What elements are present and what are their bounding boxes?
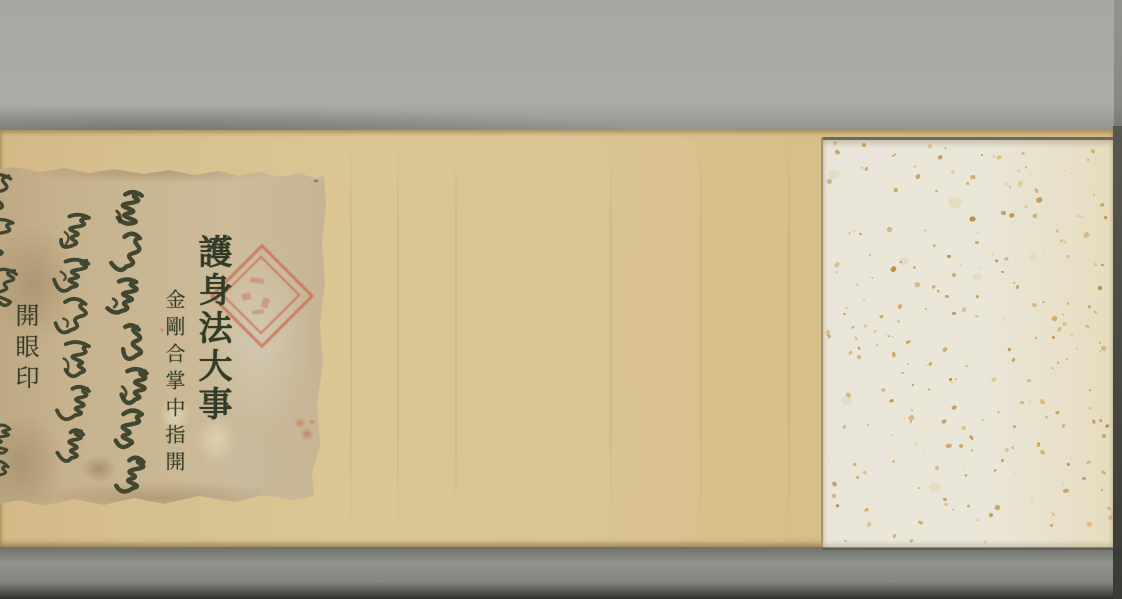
gold-fleck xyxy=(907,363,909,365)
siddham-glyph xyxy=(0,269,16,305)
siddham-glyph xyxy=(0,425,10,453)
gold-fleck xyxy=(1089,407,1092,410)
gold-fleck xyxy=(964,474,968,478)
gold-fleck xyxy=(901,372,904,374)
gold-fleck xyxy=(996,155,1003,161)
photo-right-edge xyxy=(1114,0,1122,126)
gold-fleck xyxy=(864,166,869,171)
gold-fleck xyxy=(1013,425,1016,428)
gold-fleck xyxy=(1092,419,1096,423)
gold-fleck xyxy=(1082,476,1087,480)
gold-fleck xyxy=(1085,324,1091,329)
gold-fleck xyxy=(977,232,980,235)
gold-fleck xyxy=(1055,410,1060,415)
gold-fleck xyxy=(893,153,896,156)
gold-fleck xyxy=(853,230,856,233)
gold-fleck xyxy=(1016,169,1021,173)
gold-fleck xyxy=(897,303,902,309)
gold-fleck xyxy=(866,521,872,528)
gold-fleck xyxy=(852,462,857,467)
gold-fleck xyxy=(1011,446,1014,450)
scroll-right-edge xyxy=(1113,126,1122,599)
paper-crease xyxy=(397,130,399,547)
gold-fleck xyxy=(1005,183,1009,186)
gold-fleck xyxy=(911,409,913,411)
gold-fleck xyxy=(1043,253,1044,254)
gold-fleck xyxy=(834,261,841,268)
gold-fleck xyxy=(967,504,970,508)
gold-fleck xyxy=(1051,335,1055,339)
gold-fleck xyxy=(999,527,1001,529)
gold-fleck xyxy=(844,507,846,509)
siddham-glyph xyxy=(116,411,142,447)
gold-fleck xyxy=(965,365,968,367)
scroll-photograph: 護身法大事 金剛合掌中指開 開眼印 xyxy=(0,0,1122,599)
gold-fleck xyxy=(1004,257,1009,261)
gold-fleck xyxy=(995,259,998,262)
gold-fleck xyxy=(855,282,859,286)
gold-fleck xyxy=(942,346,948,352)
gold-fleck xyxy=(1024,205,1028,208)
gold-fleck xyxy=(1004,319,1006,321)
gold-fleck xyxy=(951,169,955,174)
gold-fleck xyxy=(940,156,942,158)
gold-fleck xyxy=(963,465,964,466)
gold-fleck xyxy=(863,323,868,328)
gold-fleck xyxy=(969,435,974,441)
gold-fleck xyxy=(910,421,912,424)
gold-fleck xyxy=(848,350,853,355)
gold-fleck xyxy=(1027,379,1031,382)
gold-fleck xyxy=(931,285,936,290)
gold-fleck xyxy=(928,361,933,366)
gold-fleck xyxy=(863,300,865,301)
gold-fleck xyxy=(886,226,892,232)
gold-fleck xyxy=(971,175,976,180)
gold-fleck xyxy=(1086,460,1092,465)
gold-fleck xyxy=(891,459,896,463)
gold-fleck xyxy=(1032,213,1038,218)
gold-fleck xyxy=(888,335,891,337)
paper-crease xyxy=(788,130,790,547)
gold-fleck xyxy=(993,155,996,158)
gold-fleck xyxy=(918,487,920,489)
gold-fleck xyxy=(925,308,927,310)
siddham-glyph xyxy=(57,387,89,419)
gold-fleck xyxy=(981,154,984,157)
gold-fleck xyxy=(1083,231,1091,239)
gold-fleck xyxy=(1016,285,1019,289)
gold-fleck xyxy=(851,326,855,330)
gold-fleck xyxy=(1091,149,1096,154)
gold-fleck xyxy=(843,313,847,316)
gold-fleck xyxy=(961,306,967,313)
gold-fleck xyxy=(1051,315,1057,322)
instruction-column: 金剛合掌中指開 xyxy=(160,289,189,494)
gold-fleck xyxy=(1009,185,1011,188)
gold-fleck xyxy=(1001,459,1004,462)
gold-fleck xyxy=(1062,314,1064,316)
gold-fleck xyxy=(978,267,980,269)
gold-fleck xyxy=(856,476,859,479)
paper-blotch xyxy=(948,197,962,208)
gold-fleck xyxy=(1031,500,1033,502)
gold-fleck xyxy=(982,419,985,422)
gold-fleck xyxy=(1013,282,1016,285)
gold-fleck xyxy=(914,442,919,446)
gold-fleck xyxy=(926,365,927,366)
siddham-glyph xyxy=(0,461,8,489)
gold-fleck xyxy=(857,346,861,350)
gold-fleck xyxy=(1030,174,1032,176)
gold-fleck xyxy=(992,253,994,256)
gold-fleck xyxy=(831,481,837,487)
red-ink-smudge xyxy=(293,416,317,442)
gold-fleck xyxy=(1076,348,1077,350)
gold-fleck xyxy=(1015,472,1017,474)
gold-fleck xyxy=(889,399,894,403)
gold-fleck xyxy=(941,418,948,424)
gold-fleck xyxy=(869,254,872,257)
gold-fleck xyxy=(946,443,952,448)
gold-fleck xyxy=(909,539,913,543)
siddham-glyph xyxy=(107,279,136,312)
gold-fleck xyxy=(1011,357,1016,362)
gold-fleck xyxy=(949,378,952,382)
gold-fleck xyxy=(988,512,993,518)
gold-fleck xyxy=(922,438,923,439)
gold-fleck xyxy=(892,353,896,357)
paper-blotch xyxy=(828,169,840,179)
gold-fleck xyxy=(966,182,969,185)
gold-fleck xyxy=(904,418,905,419)
gold-fleck xyxy=(993,469,997,473)
gold-fleck xyxy=(951,405,958,411)
gold-fleck xyxy=(994,504,1000,510)
gold-fleck xyxy=(1035,337,1037,339)
gold-fleck xyxy=(890,265,897,272)
gold-fleck xyxy=(1098,419,1102,423)
gold-fleck xyxy=(918,520,924,525)
gold-fleck xyxy=(876,344,879,347)
gold-fleck xyxy=(861,166,864,169)
gold-fleck xyxy=(1094,263,1098,266)
gold-fleck xyxy=(1101,470,1107,475)
gold-fleck xyxy=(937,289,940,292)
siddham-glyph xyxy=(61,215,89,247)
mudra-label-column: 開眼印 xyxy=(8,303,43,413)
gold-flecked-end-paper xyxy=(823,137,1113,550)
gold-fleck xyxy=(1106,506,1111,511)
gold-fleck xyxy=(1056,229,1058,232)
gold-fleck xyxy=(1081,216,1083,218)
gold-fleck xyxy=(1063,240,1067,245)
gold-fleck xyxy=(1101,346,1106,352)
gold-fleck xyxy=(845,306,848,309)
gold-fleck xyxy=(1100,203,1104,206)
gold-fleck xyxy=(914,282,920,288)
siddham-glyph xyxy=(0,175,11,210)
gold-fleck xyxy=(952,509,954,511)
small-red-mark xyxy=(158,326,166,335)
gold-fleck xyxy=(894,187,899,192)
gold-fleck xyxy=(951,272,956,277)
gold-fleck xyxy=(975,294,979,298)
gold-fleck xyxy=(1099,342,1102,345)
siddham-glyph xyxy=(54,260,88,291)
siddham-glyph xyxy=(56,299,86,333)
gold-fleck xyxy=(966,410,968,412)
gold-fleck xyxy=(1005,447,1010,452)
gold-fleck xyxy=(1105,424,1109,428)
gold-fleck xyxy=(1025,166,1028,169)
gold-fleck xyxy=(935,190,938,193)
gold-fleck xyxy=(879,315,884,319)
gold-fleck xyxy=(976,315,979,317)
gold-fleck xyxy=(833,141,838,146)
gold-fleck xyxy=(1037,442,1041,447)
gold-fleck xyxy=(969,216,976,222)
gold-fleck xyxy=(1087,159,1090,162)
gold-fleck xyxy=(1098,286,1102,291)
paper-blotch xyxy=(1029,254,1037,261)
gold-fleck xyxy=(991,376,997,382)
gold-fleck xyxy=(1049,157,1051,158)
gold-fleck xyxy=(891,434,893,436)
gold-fleck xyxy=(836,271,838,273)
gold-fleck xyxy=(1067,462,1071,466)
gold-fleck xyxy=(1063,488,1070,494)
gold-fleck xyxy=(826,178,832,184)
gold-fleck xyxy=(1094,310,1097,313)
gold-fleck xyxy=(1049,523,1053,527)
title-column: 護身法大事 xyxy=(188,234,237,434)
gold-fleck xyxy=(1064,170,1065,171)
gold-fleck xyxy=(924,229,926,231)
gold-fleck xyxy=(1102,434,1106,439)
siddham-accent-stroke xyxy=(113,299,117,307)
gold-fleck xyxy=(976,519,978,521)
gold-fleck xyxy=(952,312,956,315)
gold-fleck xyxy=(867,424,870,427)
gold-fleck xyxy=(872,277,873,279)
gold-fleck xyxy=(1093,194,1096,197)
siddham-glyph xyxy=(116,458,143,492)
gold-fleck xyxy=(857,355,861,360)
gold-fleck xyxy=(898,483,899,484)
gold-fleck xyxy=(863,470,868,475)
gold-fleck xyxy=(1057,327,1062,332)
gold-fleck xyxy=(1032,303,1038,307)
paper-crease xyxy=(350,130,352,547)
gold-fleck xyxy=(927,144,932,149)
gold-fleck xyxy=(912,384,914,386)
gold-fleck xyxy=(861,142,866,147)
gold-fleck xyxy=(943,497,948,501)
gold-fleck xyxy=(892,534,896,539)
gold-fleck xyxy=(1066,255,1070,258)
gold-fleck xyxy=(1049,382,1051,384)
gold-fleck xyxy=(1101,489,1103,491)
gold-fleck xyxy=(828,457,830,459)
gold-fleck xyxy=(880,387,886,393)
gold-fleck xyxy=(835,504,839,508)
gold-fleck xyxy=(1099,351,1101,353)
gold-fleck xyxy=(958,443,964,449)
paper-crease xyxy=(700,130,702,547)
gold-fleck xyxy=(1001,271,1005,274)
shadow-below-scroll xyxy=(0,547,1122,563)
gold-fleck xyxy=(843,425,847,430)
gold-fleck xyxy=(1051,512,1055,516)
gold-fleck xyxy=(1036,196,1043,203)
shadow-above-scroll xyxy=(0,104,1122,132)
paper-blotch xyxy=(929,483,941,492)
gold-fleck xyxy=(1034,188,1039,194)
gold-fleck xyxy=(1045,416,1048,419)
gold-fleck xyxy=(944,503,948,506)
gold-fleck xyxy=(933,244,936,247)
gold-fleck xyxy=(923,451,925,453)
siddham-glyph xyxy=(57,430,83,461)
gold-fleck xyxy=(1020,400,1025,404)
gold-fleck xyxy=(1058,539,1059,540)
gold-fleck xyxy=(1067,302,1070,305)
gold-fleck xyxy=(1029,401,1031,403)
gold-fleck xyxy=(1009,213,1015,218)
gold-fleck xyxy=(859,233,862,236)
gold-fleck xyxy=(831,493,837,499)
gold-fleck xyxy=(892,336,893,338)
paper-crease xyxy=(610,130,612,547)
gold-fleck xyxy=(1101,264,1104,266)
gold-fleck xyxy=(1076,215,1079,218)
siddham-accent-stroke xyxy=(61,272,66,280)
gold-fleck xyxy=(1061,423,1066,428)
gold-fleck xyxy=(951,382,953,384)
gold-fleck xyxy=(1071,334,1073,336)
gold-fleck xyxy=(927,388,931,392)
gold-fleck xyxy=(834,149,840,155)
gold-fleck xyxy=(1063,322,1067,326)
gold-fleck xyxy=(913,165,916,168)
small-ink-mark xyxy=(311,178,321,185)
gold-fleck xyxy=(944,147,947,150)
siddham-glyph xyxy=(111,234,140,270)
siddham-glyph xyxy=(123,325,141,359)
gold-fleck xyxy=(848,231,851,234)
gold-fleck xyxy=(864,508,869,512)
gold-fleck xyxy=(1066,358,1068,361)
gold-fleck xyxy=(844,540,847,543)
gold-fleck xyxy=(1063,484,1065,486)
gold-fleck xyxy=(1017,180,1023,187)
gold-fleck xyxy=(874,329,878,333)
gold-fleck xyxy=(1040,399,1044,404)
gold-fleck xyxy=(915,173,921,179)
gold-fleck xyxy=(1007,347,1011,351)
gold-fleck xyxy=(959,264,960,266)
gold-fleck xyxy=(1103,216,1107,220)
gold-fleck xyxy=(947,255,951,259)
gold-fleck xyxy=(971,449,974,452)
siddham-glyph xyxy=(66,342,90,376)
gold-fleck xyxy=(1057,362,1059,365)
gold-fleck xyxy=(1052,367,1054,369)
paper-blotch xyxy=(841,397,852,405)
siddham-glyph xyxy=(0,220,13,258)
gold-fleck xyxy=(1022,152,1025,155)
gold-fleck xyxy=(905,340,909,344)
gold-fleck xyxy=(1086,521,1093,528)
siddham-accent-stroke xyxy=(65,232,69,244)
gold-fleck xyxy=(1090,191,1092,192)
gold-fleck xyxy=(983,540,987,545)
gold-fleck xyxy=(1087,305,1091,309)
gold-fleck xyxy=(897,320,901,324)
paper-crease xyxy=(455,130,457,547)
gold-fleck xyxy=(1089,389,1092,392)
gold-fleck xyxy=(934,465,939,471)
gold-fleck xyxy=(1042,301,1046,304)
gold-fleck xyxy=(962,426,966,431)
gold-fleck xyxy=(1039,449,1045,455)
gold-fleck xyxy=(1001,211,1007,216)
gold-fleck xyxy=(997,411,1000,414)
gold-fleck xyxy=(828,335,831,338)
paper-blotch xyxy=(972,273,982,281)
gold-fleck xyxy=(955,378,957,380)
siddham-accent-stroke xyxy=(63,319,68,327)
gold-fleck xyxy=(945,295,949,298)
gold-fleck xyxy=(913,266,916,269)
gold-fleck xyxy=(975,241,979,244)
gold-fleck xyxy=(854,336,858,340)
